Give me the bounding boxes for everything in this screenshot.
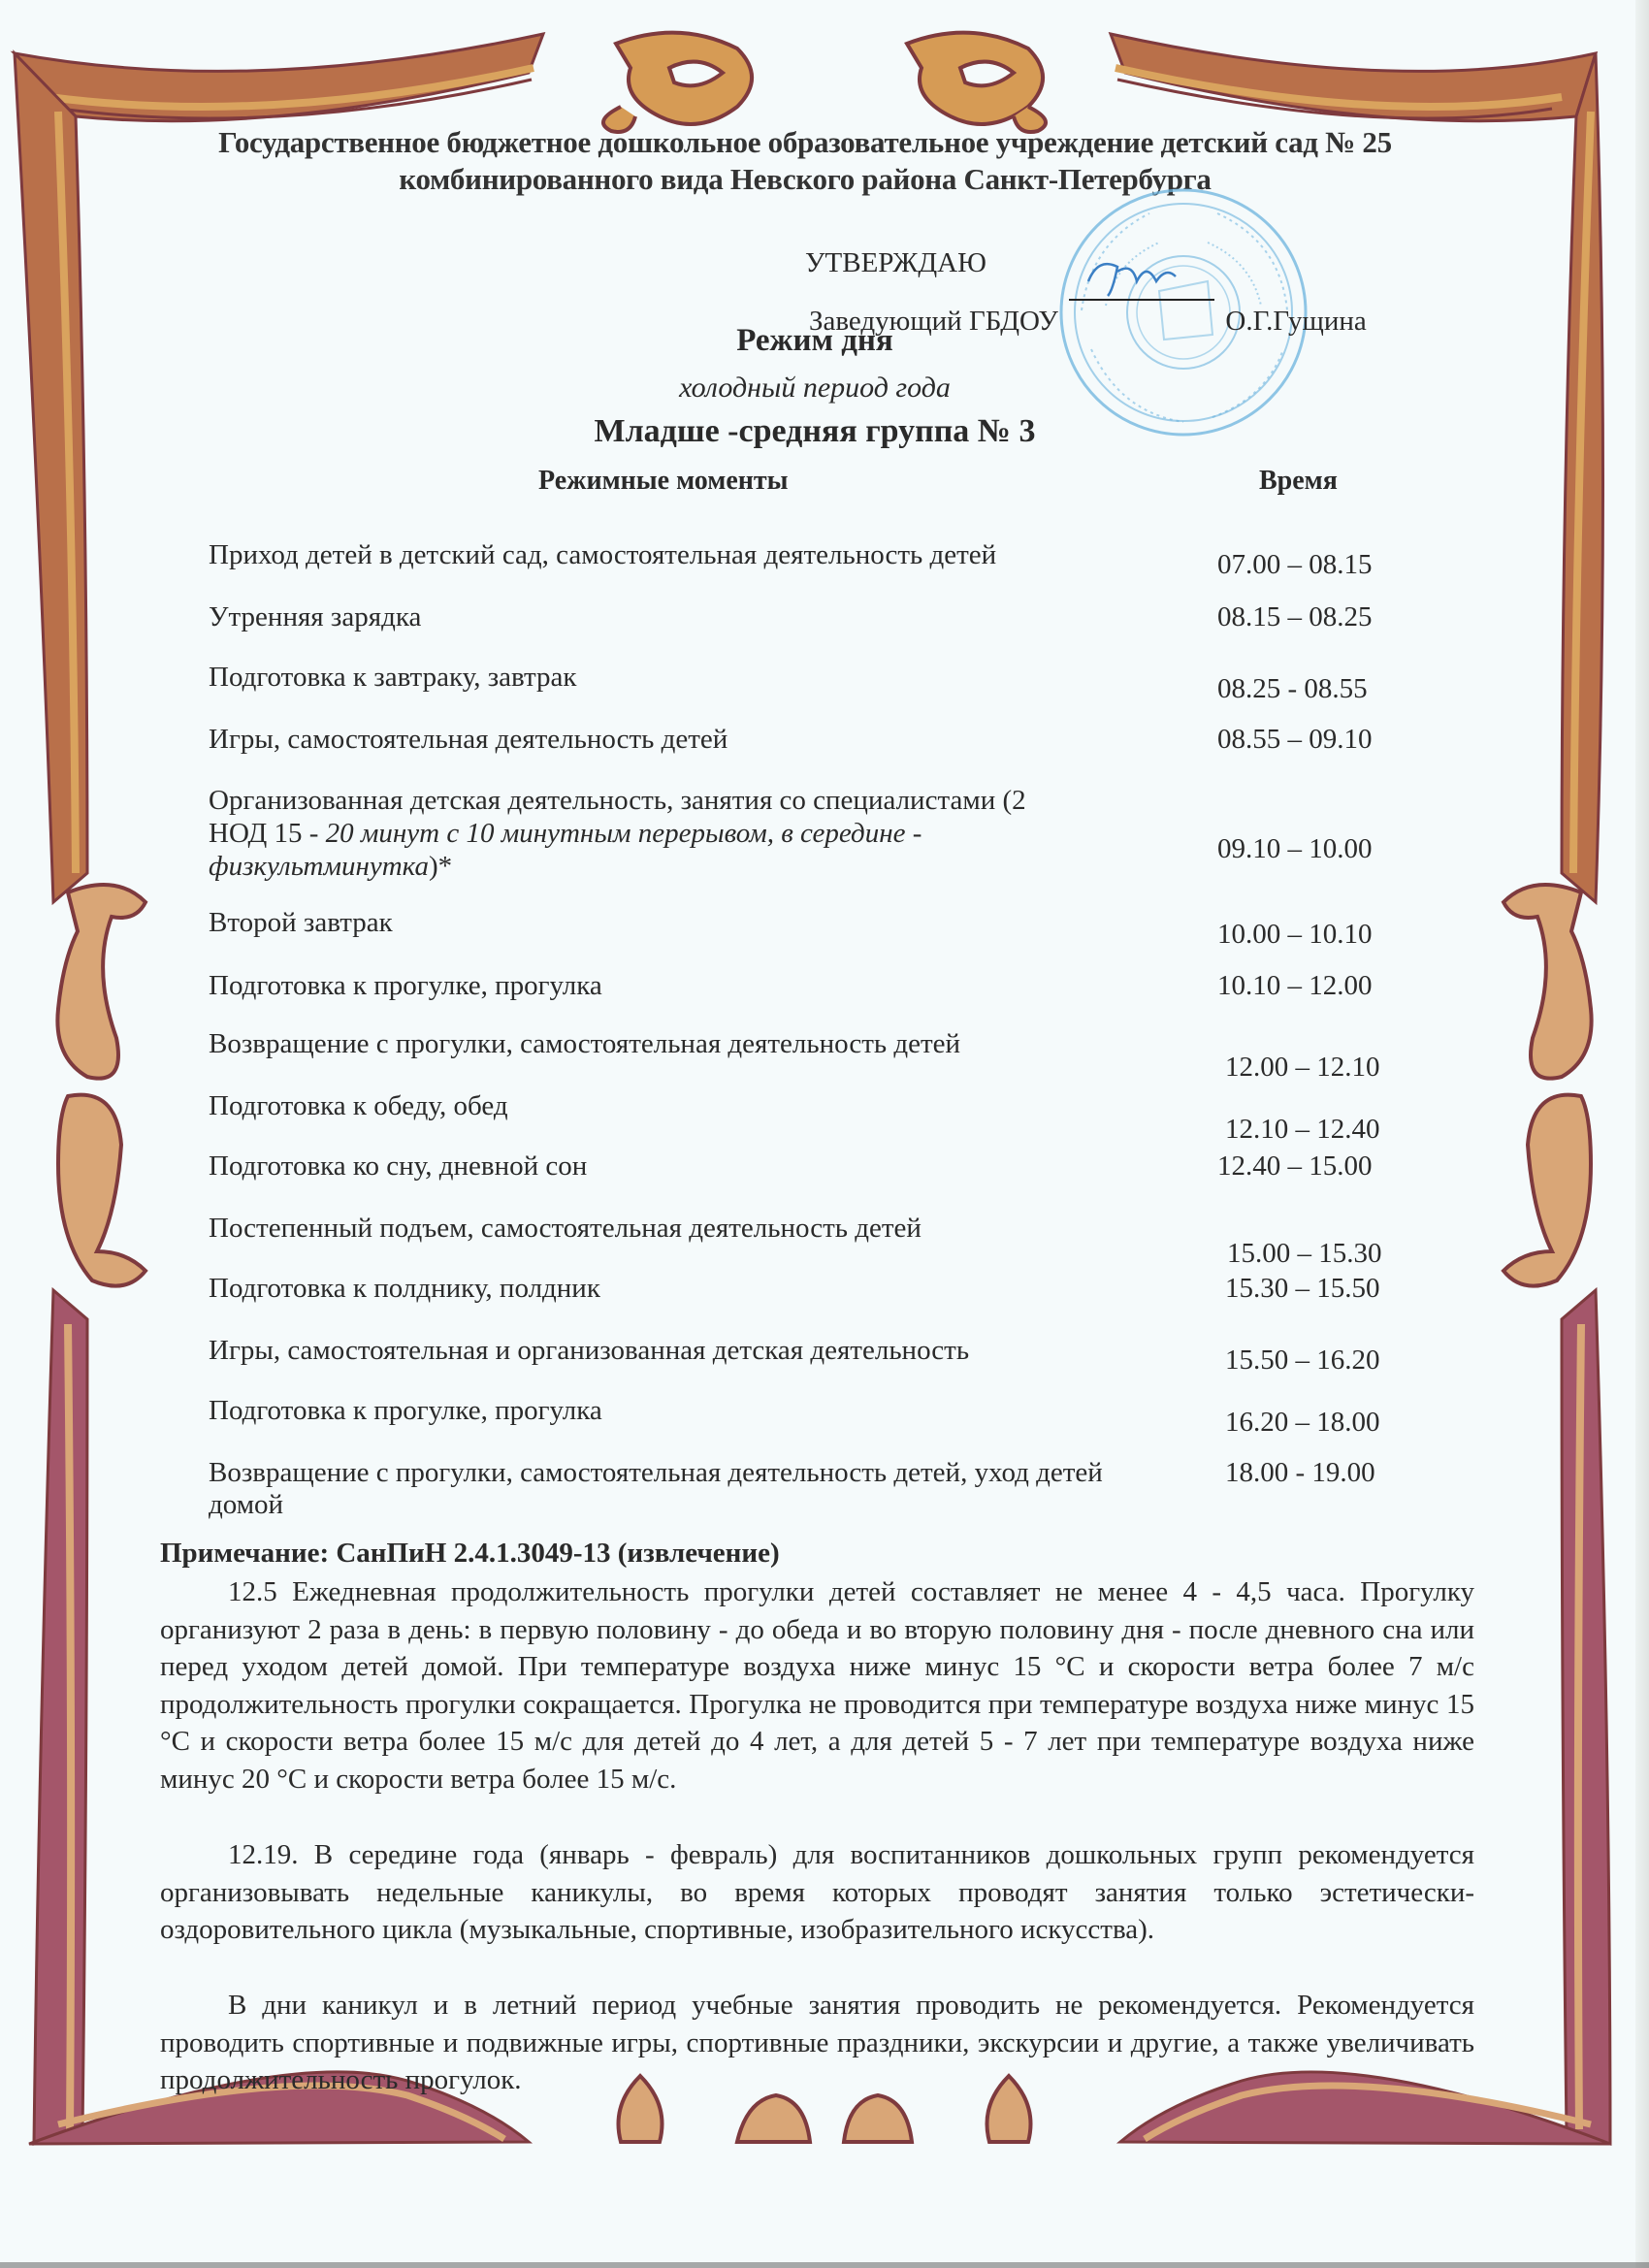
scan-bottom-edge — [0, 2262, 1649, 2268]
activity-cell: Организованная детская деятельность, зан… — [209, 784, 1179, 883]
page-title: Режим дня — [0, 323, 1630, 359]
signature-icon — [1079, 252, 1185, 301]
time-cell: 12.10 – 12.40 — [1225, 1114, 1380, 1146]
activity-cell: Подготовка ко сну, дневной сон — [209, 1150, 1179, 1183]
column-header-time: Время — [1259, 466, 1338, 497]
activity-cell: Постепенный подъем, самостоятельная деят… — [209, 1213, 1179, 1245]
period-subtitle: холодный период года — [0, 372, 1630, 405]
activity-cell: Подготовка к прогулке, прогулка — [209, 970, 1179, 1002]
note-heading: Примечание: СанПиН 2.4.1.3049-13 (извлеч… — [160, 1538, 780, 1570]
time-cell: 10.10 – 12.00 — [1217, 970, 1373, 1002]
time-cell: 08.15 – 08.25 — [1217, 601, 1373, 633]
activity-cell: Игры, самостоятельная и организованная д… — [209, 1335, 1179, 1367]
time-cell: 09.10 – 10.00 — [1217, 832, 1373, 865]
activity-cell: Подготовка к полднику, полдник — [209, 1273, 1179, 1305]
note-paragraph-12-5: 12.5 Ежедневная продолжительность прогул… — [160, 1573, 1474, 1798]
time-cell: 12.00 – 12.10 — [1225, 1052, 1380, 1084]
frame-top-right — [1111, 34, 1596, 121]
activity-cell: Игры, самостоятельная деятельность детей — [209, 724, 1179, 756]
activity-cell: Возвращение с прогулки, самостоятельная … — [209, 1028, 1179, 1060]
activity-cell: Приход детей в детский сад, самостоятель… — [209, 539, 1179, 571]
time-cell: 16.20 – 18.00 — [1225, 1407, 1380, 1439]
time-cell: 08.55 – 09.10 — [1217, 724, 1373, 756]
time-cell: 10.00 – 10.10 — [1217, 919, 1373, 951]
time-cell: 18.00 - 19.00 — [1225, 1457, 1375, 1489]
note-paragraph-holidays: В дни каникул и в летний период учебные … — [160, 1987, 1474, 2099]
group-title: Младше -средняя группа № 3 — [0, 413, 1630, 450]
activity-cell: Подготовка к обеду, обед — [209, 1090, 1179, 1122]
time-cell: 15.50 – 16.20 — [1225, 1345, 1380, 1377]
column-header-activities: Режимные моменты — [538, 466, 789, 497]
time-cell: 15.30 – 15.50 — [1225, 1273, 1380, 1305]
time-cell: 15.00 – 15.30 — [1227, 1238, 1382, 1270]
left-ornament — [57, 885, 145, 1286]
time-cell: 08.25 - 08.55 — [1217, 673, 1368, 705]
time-cell: 12.40 – 15.00 — [1217, 1150, 1373, 1183]
frame-left-bottom — [34, 1290, 87, 2144]
note-paragraph-12-19: 12.19. В середине года (январь - февраль… — [160, 1836, 1474, 1949]
activity-cell: Утренняя зарядка — [209, 601, 1179, 633]
frame-right-bottom — [1562, 1290, 1610, 2144]
activity-cell: Возвращение с прогулки, самостоятельная … — [209, 1457, 1169, 1521]
signature-line — [1069, 281, 1214, 301]
activity-cell: Второй завтрак — [209, 907, 1179, 939]
top-ornament — [603, 33, 1046, 132]
time-cell: 07.00 – 08.15 — [1217, 549, 1373, 581]
activity-cell: Подготовка к завтраку, завтрак — [209, 662, 1179, 694]
right-ornament — [1503, 885, 1592, 1286]
organization-line-1: Государственное бюджетное дошкольное обр… — [116, 124, 1494, 161]
activity-cell: Подготовка к прогулке, прогулка — [209, 1395, 1179, 1427]
